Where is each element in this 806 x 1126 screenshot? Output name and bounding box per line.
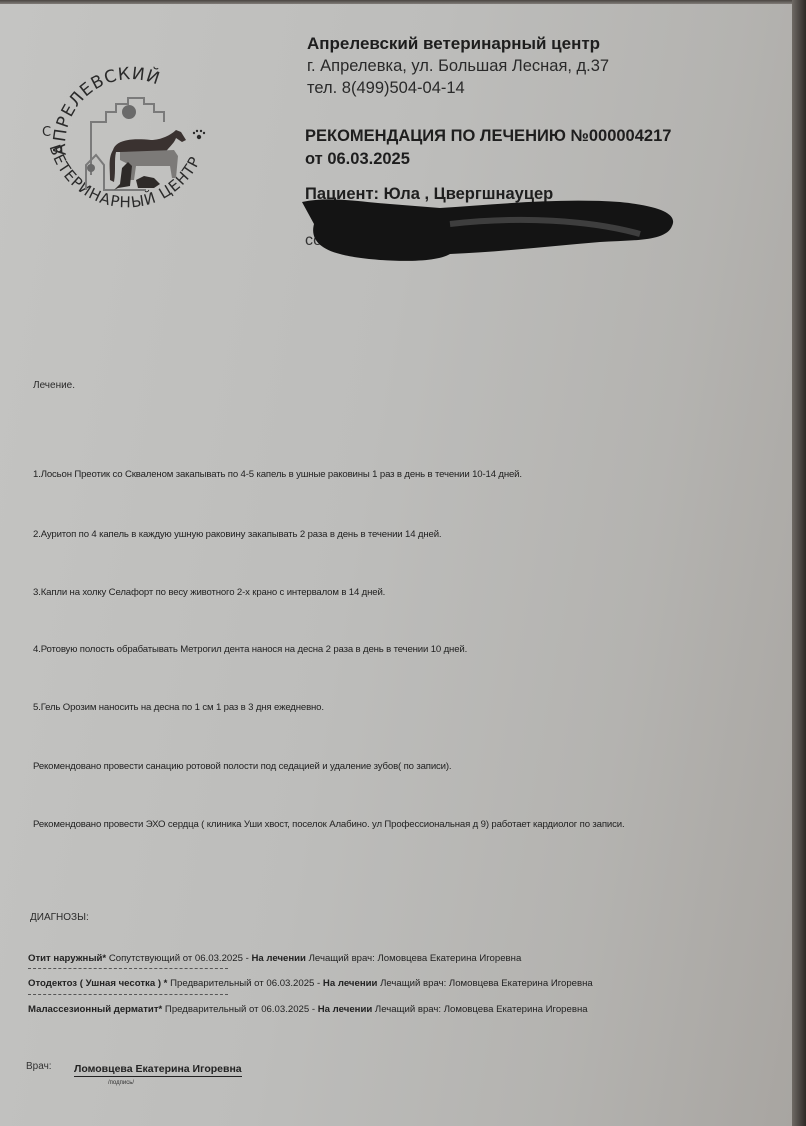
diagnosis-name: Отодектоз ( Ушная чесотка ) * [28,978,167,989]
cat-icon [136,176,160,188]
redaction-marker-scribble [300,194,680,274]
signature-caption: /подпись/ [108,1080,134,1086]
diagnosis-name: Отит наружный* [28,953,106,964]
treatment-item-1: 1.Лосьон Преотик со Скваленом закапывать… [33,469,522,480]
doctor-name: Ломовцева Екатерина Игоревна [74,1063,242,1077]
treatment-item-3: 3.Капли на холку Селафорт по весу животн… [33,587,385,598]
recommendation-2: Рекомендовано провести ЭХО сердца ( клин… [33,819,624,830]
clinic-phone: тел. 8(499)504-04-14 [307,79,609,98]
document-page: АПРЕЛЕВСКИЙ ВЕТЕРИНАРНЫЙ ЦЕНТР С Апрелев… [0,4,792,1126]
photo-background-right [792,0,806,1126]
building-dot-icon [87,164,95,172]
recommendation-1: Рекомендовано провести санацию ротовой п… [33,761,451,772]
diagnosis-row: Отодектоз ( Ушная чесотка ) * Предварите… [28,978,593,989]
treatment-item-2: 2.Ауритоп по 4 капель в каждую ушную рак… [33,529,441,540]
doctor-label: Врач: [26,1061,52,1072]
diagnosis-row: Малассезионный дерматит* Предварительный… [28,1004,588,1015]
diagnosis-name: Малассезионный дерматит* [28,1004,162,1015]
diagnosis-status: На лечении [251,953,306,964]
document-title: РЕКОМЕНДАЦИЯ ПО ЛЕЧЕНИЮ №000004217 [305,127,671,146]
divider [28,968,228,969]
logo-arc-left-text: С [42,125,51,140]
diagnosis-doctor: Лечащий врач: Ломовцева Екатерина Игорев… [375,1004,588,1015]
treatment-label: Лечение. [33,380,75,391]
diagnosis-type: Сопутствующий от 06.03.2025 - [109,953,249,964]
diagnosis-status: На лечении [318,1004,373,1015]
dog-icon [114,162,132,190]
diagnosis-doctor: Лечащий врач: Ломовцева Екатерина Игорев… [380,978,593,989]
diagnosis-type: Предварительный от 06.03.2025 - [170,978,320,989]
treatment-item-4: 4.Ротовую полость обрабатывать Метрогил … [33,644,467,655]
diagnosis-row: Отит наружный* Сопутствующий от 06.03.20… [28,953,521,964]
clinic-logo: АПРЕЛЕВСКИЙ ВЕТЕРИНАРНЫЙ ЦЕНТР С [36,60,226,240]
paw-icon [193,130,205,139]
treatment-item-5: 5.Гель Орозим наносить на десна по 1 см … [33,702,324,713]
diagnosis-doctor: Лечащий врач: Ломовцева Екатерина Игорев… [309,953,522,964]
clinic-name: Апрелевский ветеринарный центр [307,34,609,54]
diagnosis-type: Предварительный от 06.03.2025 - [165,1004,315,1015]
diagnoses-label: ДИАГНОЗЫ: [30,912,89,923]
building-window-icon [122,105,136,119]
clinic-address: г. Апрелевка, ул. Большая Лесная, д.37 [307,57,609,76]
divider [28,994,228,995]
diagnosis-status: На лечении [323,978,378,989]
clinic-header: Апрелевский ветеринарный центр г. Апреле… [307,34,609,101]
document-date: от 06.03.2025 [305,150,410,169]
